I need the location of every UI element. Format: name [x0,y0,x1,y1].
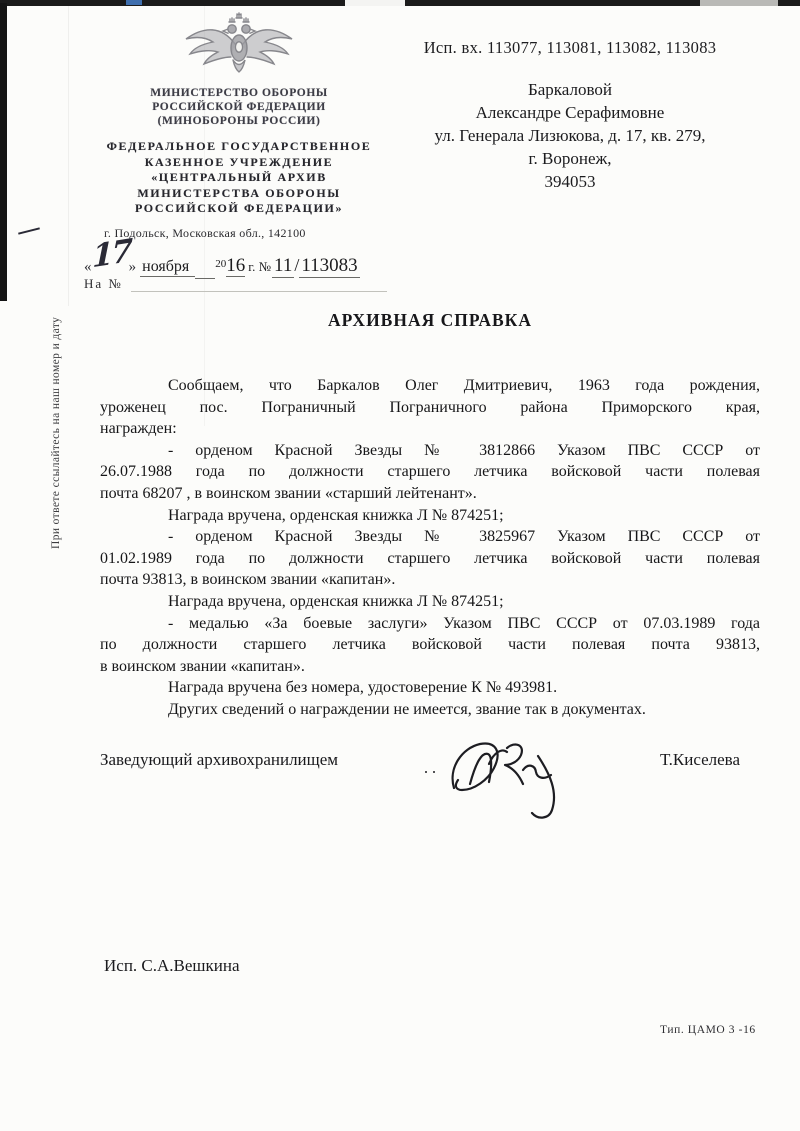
scan-edge-gap [700,0,778,6]
body-line: Награда вручена, орденская книжка Л № 87… [100,591,760,613]
date-blank-line [195,263,215,279]
body-line: Других сведений о награждении не имеется… [100,699,760,721]
body-line: - орденом Красной Звезды № 3825967 Указо… [100,526,760,548]
institution-name: ФЕДЕРАЛЬНОЕ ГОСУДАРСТВЕННОЕ КАЗЕННОЕ УЧР… [84,139,394,217]
body-line: уроженец пос. Пограничный Пограничного р… [100,397,760,419]
scan-top-edge-artifact [0,0,800,6]
signer-name: Т.Киселева [660,750,740,770]
number-label: г. № [245,259,272,274]
open-quote: « [84,259,92,275]
signer-position: Заведующий архивохранилищем [100,750,338,770]
institution-name-line: «ЦЕНТРАЛЬНЫЙ АРХИВ [84,170,394,186]
scan-left-edge-artifact [0,3,7,301]
body-line: почта 68207 , в воинском звании «старший… [100,483,760,505]
ministry-name-line: (МИНОБОРОНЫ РОССИИ) [84,114,394,128]
institution-name-line: КАЗЕННОЕ УЧРЕЖДЕНИЕ [84,155,394,171]
body-line: 26.07.1988 года по должности старшего ле… [100,461,760,483]
recipient-city: г. Воронеж, [372,147,768,170]
recipient-postcode: 394053 [372,170,768,193]
scan-edge-blue-mark [126,0,142,5]
body-line: в воинском звании «капитан». [100,656,760,678]
body-line: - орденом Красной Звезды № 3812866 Указо… [100,440,760,462]
recipient-street: ул. Генерала Лизюкова, д. 17, кв. 279, [372,124,768,147]
letterhead: МИНИСТЕРСТВО ОБОРОНЫ РОССИЙСКОЙ ФЕДЕРАЦИ… [84,10,394,292]
year-suffix: 16 [226,255,245,277]
recipient-surname: Баркаловой [372,78,768,101]
institution-name-line: РОССИЙСКОЙ ФЕДЕРАЦИИ» [84,201,394,217]
vertical-margin-note: При ответе ссылайтесь на наш номер и дат… [50,285,62,549]
body-line: Сообщаем, что Баркалов Олег Дмитриевич, … [100,375,760,397]
ministry-name-line: РОССИЙСКОЙ ФЕДЕРАЦИИ [84,100,394,114]
ministry-name-line: МИНИСТЕРСТВО ОБОРОНЫ [84,86,394,100]
body-line: - медалью «За боевые заслуги» Указом ПВС… [100,613,760,635]
body-line: награжден: [100,418,760,440]
body-line: Награда вручена, орденская книжка Л № 87… [100,505,760,527]
reference-blank-line [131,278,387,292]
body-line: по должности старшего летчика войсковой … [100,634,760,656]
recipient-name-patronymic: Александре Серафимовне [372,101,768,124]
body-line: 01.02.1989 года по должности старшего ле… [100,548,760,570]
body-line: Награда вручена без номера, удостоверени… [100,677,760,699]
handwritten-day-crossbar [18,227,40,234]
document-main: АРХИВНАЯ СПРАВКА Сообщаем, что Баркалов … [100,310,760,721]
handwritten-day: 17 [91,232,130,275]
scanned-document-page: При ответе ссылайтесь на наш номер и дат… [0,0,800,1131]
signature-row: Заведующий архивохранилищем Т.Киселева [100,750,760,770]
reference-label: На № [84,276,123,292]
institution-name-line: МИНИСТЕРСТВА ОБОРОНЫ [84,186,394,202]
signature-graphic [418,724,598,828]
year-prefix: 20 [215,258,226,270]
institution-name-line: ФЕДЕРАЛЬНОЕ ГОСУДАРСТВЕННОЕ [84,139,394,155]
document-number-second: 113083 [299,255,359,278]
executor-line: Исп. С.А.Вешкина [104,956,240,976]
date-line: «17» ноября2016г. №11/113083 [84,243,394,269]
recipient-block: Исп. вх. 113077, 113081, 113082, 113083 … [372,38,768,193]
scan-edge-gap [345,0,405,6]
print-code: Тип. ЦАМО 3 -16 [660,1024,756,1036]
date-month: ноября [140,258,195,277]
ministry-name: МИНИСТЕРСТВО ОБОРОНЫ РОССИЙСКОЙ ФЕДЕРАЦИ… [84,86,394,128]
document-number-first: 11 [272,255,294,278]
document-title: АРХИВНАЯ СПРАВКА [100,310,760,331]
body-line: почта 93813, в воинском звании «капитан»… [100,569,760,591]
ministry-emblem-icon [180,12,298,82]
exec-incoming-numbers: Исп. вх. 113077, 113081, 113082, 113083 [372,38,768,58]
paper-crease [68,6,69,306]
